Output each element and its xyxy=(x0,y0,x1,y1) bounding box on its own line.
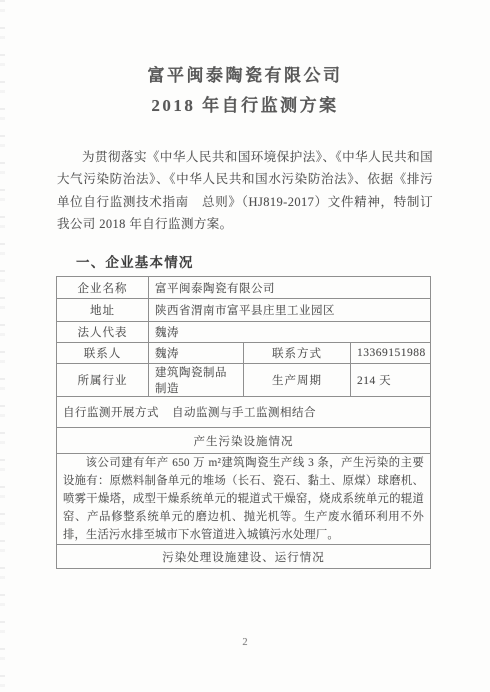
field-value: 自动监测与手工监测相结合 xyxy=(172,407,316,419)
treatment-facilities-header: 污染处理设施建设、运行情况 xyxy=(57,545,431,569)
field-value: 魏涛 xyxy=(149,322,431,343)
pollution-facilities-header: 产生污染设施情况 xyxy=(57,428,431,454)
field-label: 企业名称 xyxy=(57,277,149,299)
field-value: 富平闽泰陶瓷有限公司 xyxy=(149,277,431,299)
field-label: 地址 xyxy=(57,299,149,322)
field-label: 联系方式 xyxy=(244,343,351,364)
plan-title: 2018 年自行监测方案 xyxy=(0,96,490,116)
pollution-paragraph: 该公司建有年产 650 万 m²建筑陶瓷生产线 3 条，产生污染的主要设施有：原… xyxy=(63,454,424,544)
intro-paragraph: 为贯彻落实《中华人民共和国环境保护法》、《中华人民共和国大气污染防治法》、《中华… xyxy=(57,146,433,236)
table-row-legal-rep: 法人代表 魏涛 xyxy=(57,322,431,343)
field-value: 214 天 xyxy=(351,364,431,397)
table-row-address: 地址 陕西省渭南市富平县庄里工业园区 xyxy=(57,299,431,322)
table-row-pollution-header: 产生污染设施情况 xyxy=(57,428,431,454)
page-number: 2 xyxy=(0,637,490,648)
table-row-industry: 所属行业 建筑陶瓷制品制造 生产周期 214 天 xyxy=(57,364,431,397)
table-row-monitor-method: 自行监测开展方式自动监测与手工监测相结合 xyxy=(57,397,431,428)
field-label: 联系人 xyxy=(57,343,149,364)
field-value: 13369151988 xyxy=(351,343,431,364)
document-page: 富平闽泰陶瓷有限公司 2018 年自行监测方案 为贯彻落实《中华人民共和国环境保… xyxy=(0,0,490,692)
section1-heading: 一、企业基本情况 xyxy=(76,251,194,271)
field-value: 魏涛 xyxy=(149,343,244,364)
pollution-paragraph-cell: 该公司建有年产 650 万 m²建筑陶瓷生产线 3 条，产生污染的主要设施有：原… xyxy=(57,454,431,545)
monitor-method-cell: 自行监测开展方式自动监测与手工监测相结合 xyxy=(57,397,431,428)
field-label: 自行监测开展方式 xyxy=(63,407,159,419)
company-name-title: 富平闽泰陶瓷有限公司 xyxy=(0,66,490,86)
table-row-treatment-header: 污染处理设施建设、运行情况 xyxy=(57,545,431,569)
field-value: 陕西省渭南市富平县庄里工业园区 xyxy=(149,299,431,322)
field-value: 建筑陶瓷制品制造 xyxy=(149,364,244,397)
field-label: 法人代表 xyxy=(57,322,149,343)
company-info-table: 企业名称 富平闽泰陶瓷有限公司 地址 陕西省渭南市富平县庄里工业园区 法人代表 … xyxy=(56,276,431,569)
field-label: 生产周期 xyxy=(244,364,351,397)
table-row-contact: 联系人 魏涛 联系方式 13369151988 xyxy=(57,343,431,364)
field-label: 所属行业 xyxy=(57,364,149,397)
table-row-pollution-paragraph: 该公司建有年产 650 万 m²建筑陶瓷生产线 3 条，产生污染的主要设施有：原… xyxy=(57,454,431,545)
document-title-block: 富平闽泰陶瓷有限公司 2018 年自行监测方案 xyxy=(0,66,490,116)
table-row-company-name: 企业名称 富平闽泰陶瓷有限公司 xyxy=(57,277,431,299)
